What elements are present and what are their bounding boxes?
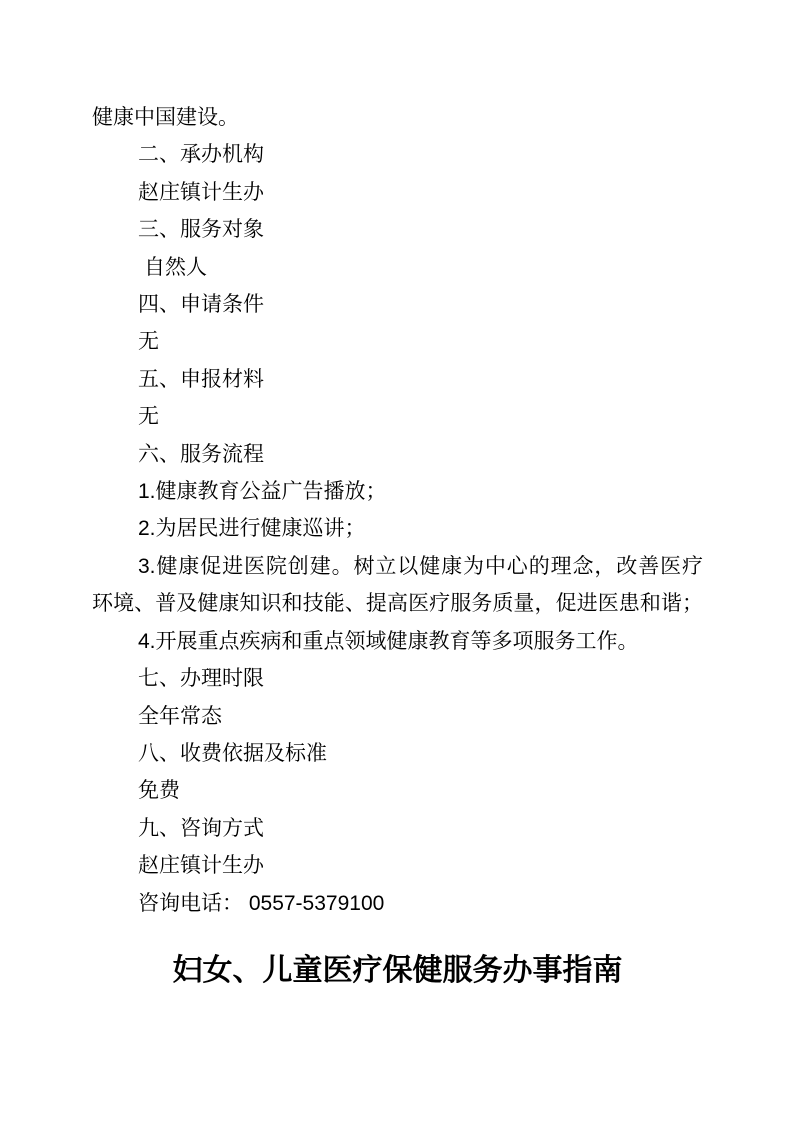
next-guide-title: 妇女、儿童医疗保健服务办事指南 bbox=[92, 948, 703, 994]
section-body-fee: 免费 bbox=[92, 772, 703, 809]
process-step-3-line-1: 3.健康促进医院创建。树立以健康为中心的理念，改善医疗 bbox=[92, 548, 703, 585]
process-step-1: 1.健康教育公益广告播放； bbox=[92, 473, 703, 510]
process-step-4: 4.开展重点疾病和重点领域健康教育等多项服务工作。 bbox=[92, 623, 703, 660]
section-body-timelimit: 全年常态 bbox=[92, 698, 703, 735]
section-heading-2: 二、承办机构 bbox=[92, 136, 703, 173]
section-heading-7: 七、办理时限 bbox=[92, 660, 703, 697]
section-heading-4: 四、申请条件 bbox=[92, 286, 703, 323]
section-heading-6: 六、服务流程 bbox=[92, 436, 703, 473]
process-step-2: 2.为居民进行健康巡讲； bbox=[92, 510, 703, 547]
section-body-condition: 无 bbox=[92, 323, 703, 360]
contact-phone-line: 咨询电话： 0557-5379100 bbox=[92, 885, 703, 922]
section-heading-5: 五、申报材料 bbox=[92, 361, 703, 398]
document-page: 健康中国建设。 二、承办机构 赵庄镇计生办 三、服务对象 自然人 四、申请条件 … bbox=[0, 0, 793, 1122]
section-body-materials: 无 bbox=[92, 398, 703, 435]
section-heading-8: 八、收费依据及标准 bbox=[92, 735, 703, 772]
section-heading-9: 九、咨询方式 bbox=[92, 810, 703, 847]
section-body-agency: 赵庄镇计生办 bbox=[92, 174, 703, 211]
section-body-target: 自然人 bbox=[92, 249, 703, 286]
process-step-3-line-2: 环境、普及健康知识和技能、提高医疗服务质量，促进医患和谐； bbox=[92, 585, 703, 622]
document-body: 健康中国建设。 二、承办机构 赵庄镇计生办 三、服务对象 自然人 四、申请条件 … bbox=[0, 0, 793, 994]
paragraph-continuation: 健康中国建设。 bbox=[92, 99, 703, 136]
section-body-office: 赵庄镇计生办 bbox=[92, 847, 703, 884]
section-heading-3: 三、服务对象 bbox=[92, 211, 703, 248]
